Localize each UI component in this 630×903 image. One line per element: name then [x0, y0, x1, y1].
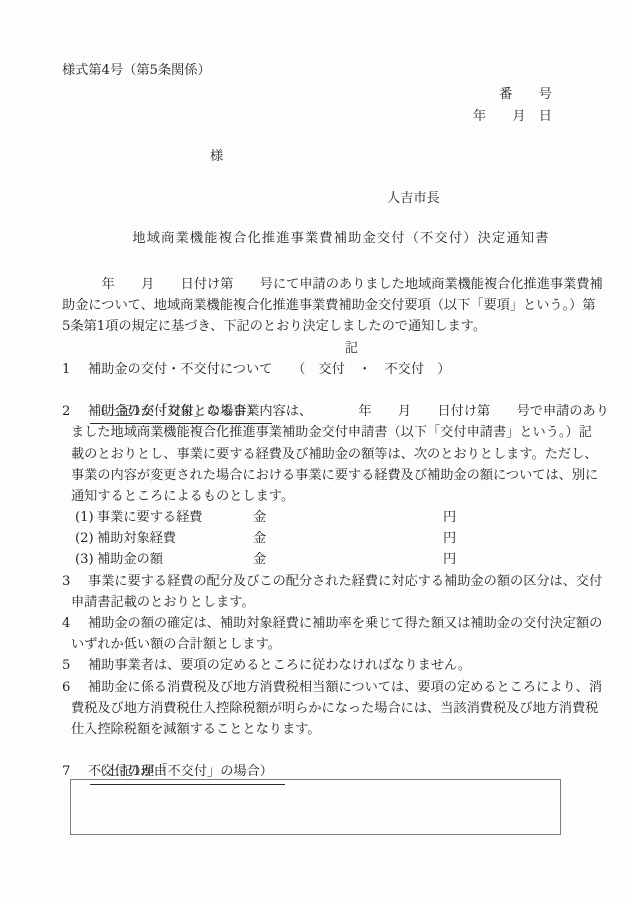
intro-line-2: 助金について、地域商業機能複合化推進事業費補助金交付要項（以下「要項」という。）…	[62, 295, 610, 316]
expense-2-label: 補助対象経費	[97, 528, 253, 549]
item-2-line-4: 事業の内容が変更された場合における事業に要する経費及び補助金の額については、別に	[62, 465, 610, 486]
expense-2-amount-suffix: 円	[443, 528, 456, 549]
item-2-project-content: 2 補助金の交付対象となる事業内容は、 年 月 日付け第 号で申請のあり	[62, 401, 610, 422]
item-1-grant-or-no-grant: 1 補助金の交付・不交付について （ 交付 ・ 不交付 ）	[62, 359, 610, 380]
item-6-line-3: 仕入控除税額を減額することとなります。	[62, 719, 610, 740]
form-number: 様式第4号（第5条関係）	[62, 60, 211, 81]
item-2-line-3: 載のとおりとし、事業に要する経費及び補助金の額等は、次のとおりとします。ただし、	[62, 444, 610, 465]
record-marker: 記	[62, 338, 610, 359]
intro-line-3: 5条第1項の規定に基づき、下記のとおり決定しましたので通知します。	[62, 316, 610, 337]
expense-3-amount-prefix: 金	[253, 549, 443, 570]
sender-name: 人吉市長	[387, 188, 440, 209]
item-2-line-5: 通知するところによるものとします。	[62, 486, 610, 507]
item-2-number: 2	[62, 401, 88, 422]
expense-3-amount-suffix: 円	[443, 549, 456, 570]
intro-line-1: 年 月 日付け第 号にて申請のありました地域商業機能複合化推進事業費補	[62, 274, 610, 295]
item-5-compliance: 5 補助事業者は、要項の定めるところに従わなければなりません。	[62, 655, 610, 676]
item-3-cost-allocation: 3 事業に要する経費の配分及びこの配分された経費に対応する補助金の額の区分は、交…	[62, 571, 610, 592]
expense-1-amount-prefix: 金	[253, 507, 443, 528]
item-3-number: 3	[62, 571, 88, 592]
item-2-line-2: ました地域商業機能複合化推進事業補助金交付申請書（以下「交付申請書」という。）記	[62, 422, 610, 443]
no-grant-case-heading: （上記1が「不交付」の場合）	[62, 740, 610, 761]
expense-row-eligible-cost: (2) 補助対象経費 金 円	[62, 528, 610, 549]
item-6-line-2: 費税及び地方消費税仕入控除税額が明らかになった場合には、当該消費税及び地方消費税	[62, 698, 610, 719]
expense-1-amount-suffix: 円	[443, 507, 456, 528]
document-number-field: 番 号	[0, 84, 630, 105]
grant-case-heading: （上記1が「交付」の場合）	[62, 380, 610, 401]
document-body: 年 月 日付け第 号にて申請のありました地域商業機能複合化推進事業費補 助金につ…	[62, 274, 610, 835]
expense-row-project-cost: (1) 事業に要する経費 金 円	[62, 507, 610, 528]
item-6-line-1: 補助金に係る消費税及び地方消費税相当額については、要項の定めるところにより、消	[88, 677, 602, 698]
expense-3-marker: (3)	[75, 549, 97, 570]
document-title: 地域商業機能複合化推進事業費補助金交付（不交付）決定通知書	[0, 228, 630, 249]
no-grant-reason-box	[70, 779, 561, 835]
item-3-line-1: 事業に要する経費の配分及びこの配分された経費に対応する補助金の額の区分は、交付	[88, 571, 602, 592]
item-2-line-1: 補助金の交付対象となる事業内容は、 年 月 日付け第 号で申請のあり	[88, 401, 609, 422]
item-5-number: 5	[62, 655, 88, 676]
item-7-text: 不交付の理由	[88, 761, 167, 782]
item-6-number: 6	[62, 677, 88, 698]
item-1-text: 補助金の交付・不交付について （ 交付 ・ 不交付 ）	[88, 359, 450, 380]
expense-2-amount-prefix: 金	[253, 528, 443, 549]
expense-row-subsidy-amount: (3) 補助金の額 金 円	[62, 549, 610, 570]
expense-1-marker: (1)	[75, 507, 97, 528]
addressee-suffix: 様	[210, 146, 223, 167]
item-4-line-1: 補助金の額の確定は、補助対象経費に補助率を乗じて得た額又は補助金の交付決定額の	[88, 613, 602, 634]
item-7-number: 7	[62, 761, 88, 782]
document-page: 様式第4号（第5条関係） 番 号 年 月 日 様 人吉市長 地域商業機能複合化推…	[0, 0, 630, 903]
date-field: 年 月 日	[0, 106, 630, 127]
expense-1-label: 事業に要する経費	[97, 507, 253, 528]
item-6-consumption-tax: 6 補助金に係る消費税及び地方消費税相当額については、要項の定めるところにより、…	[62, 677, 610, 698]
item-5-line-1: 補助事業者は、要項の定めるところに従わなければなりません。	[88, 655, 471, 676]
expense-3-label: 補助金の額	[97, 549, 253, 570]
item-4-line-2: いずれか低い額の合計額とします。	[62, 634, 610, 655]
item-4-amount-determination: 4 補助金の額の確定は、補助対象経費に補助率を乗じて得た額又は補助金の交付決定額…	[62, 613, 610, 634]
item-1-number: 1	[62, 359, 88, 380]
item-4-number: 4	[62, 613, 88, 634]
expense-2-marker: (2)	[75, 528, 97, 549]
item-3-line-2: 申請書記載のとおりとします。	[62, 592, 610, 613]
